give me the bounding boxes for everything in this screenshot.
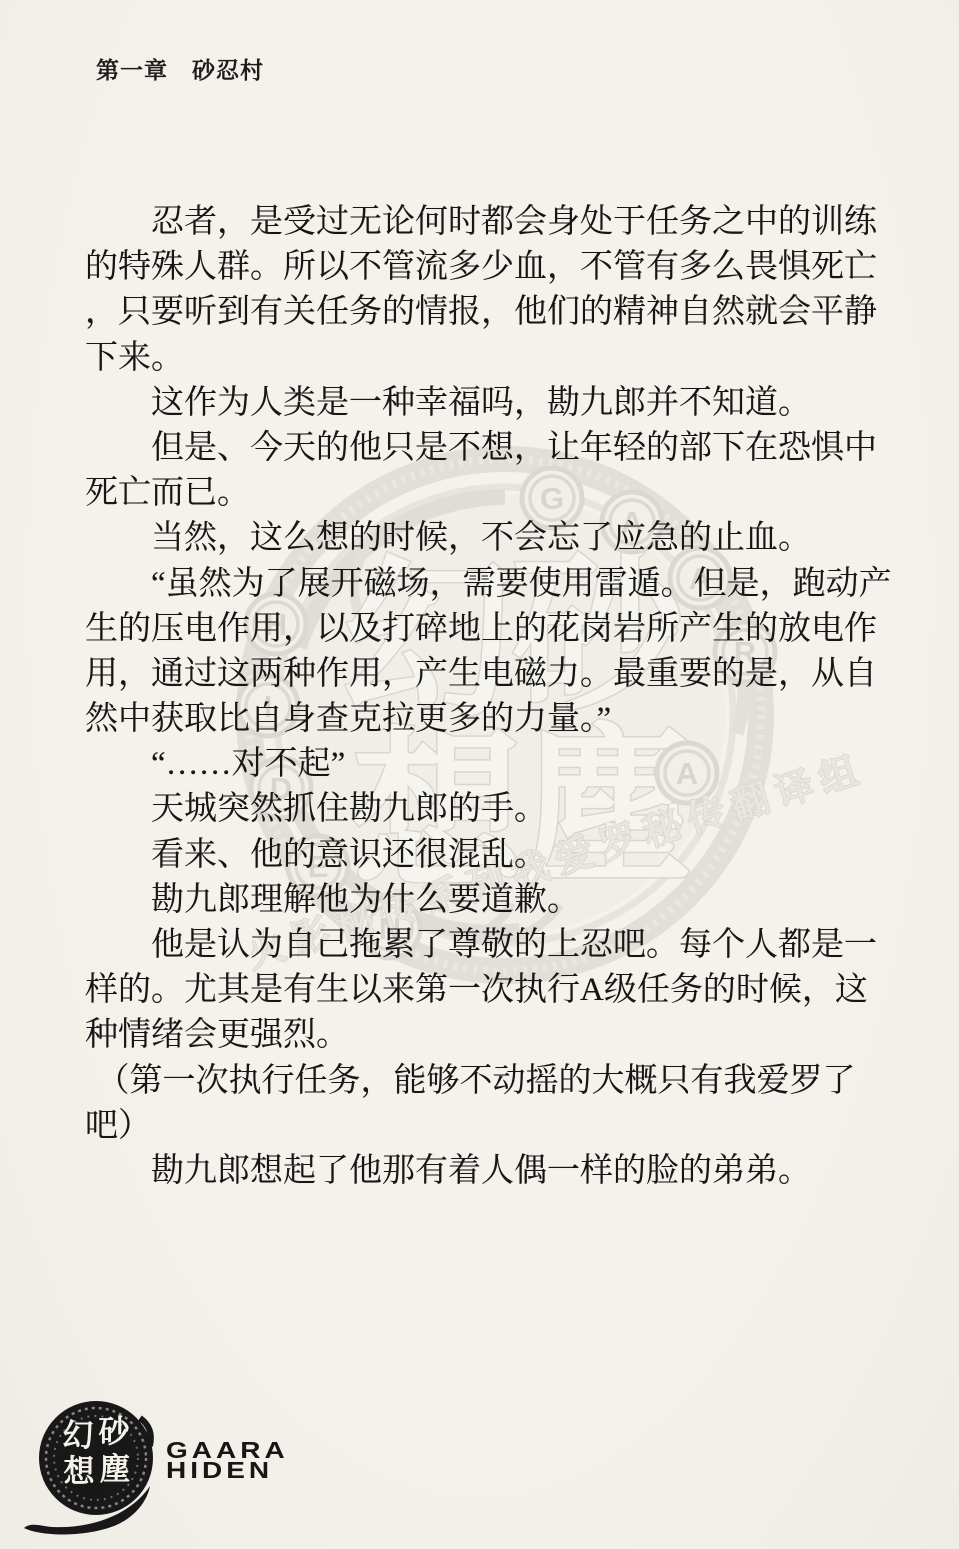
text-line: 这作为人类是一种幸福吗，勘九郎并不知道。: [85, 381, 885, 426]
book-page: 幻砂想塵 GAARAHIDEN 火影秘传系列我爱罗秘传翻译组 第一章 砂忍村 忍…: [0, 0, 959, 1549]
footer-brand: GAARA HIDEN: [166, 1441, 289, 1480]
text-line: 但是、今天的他只是不想，让年轻的部下在恐惧中: [85, 426, 885, 471]
brand-line-2: HIDEN: [166, 1461, 289, 1481]
text-line: “虽然为了展开磁场，需要使用雷遁。但是，跑动产: [85, 562, 885, 607]
text-line: 天城突然抓住勘九郎的手。: [85, 787, 885, 832]
text-line: 勘九郎理解他为什么要道歉。: [85, 878, 885, 923]
text-line: 种情绪会更强烈。: [85, 1013, 885, 1058]
text-line: 生的压电作用，以及打碎地上的花岗岩所产生的放电作: [85, 607, 885, 652]
footer-logo-character: 想: [64, 1454, 96, 1489]
text-line: 当然，这么想的时候，不会忘了应急的止血。: [85, 516, 885, 561]
text-line: 勘九郎想起了他那有着人偶一样的脸的弟弟。: [85, 1149, 885, 1194]
footer-logo-character: 幻: [63, 1418, 94, 1453]
text-line: （第一次执行任务，能够不动摇的大概只有我爱罗了: [85, 1059, 885, 1104]
body-text: 忍者，是受过无论何时都会身处于任务之中的训练的特殊人群。所以不管流多少血，不管有…: [85, 200, 885, 1194]
footer-logo-character: 塵: [100, 1452, 131, 1487]
text-line: 吧）: [85, 1104, 885, 1149]
text-line: “……对不起”: [85, 742, 885, 787]
text-line: 看来、他的意识还很混乱。: [85, 833, 885, 878]
chapter-header: 第一章 砂忍村: [96, 52, 264, 85]
text-line: 然中获取比自身查克拉更多的力量。”: [85, 697, 885, 742]
text-line: 死亡而已。: [85, 471, 885, 516]
text-line: 下来。: [85, 336, 885, 381]
text-line: 样的。尤其是有生以来第一次执行A级任务的时候，这: [85, 968, 885, 1013]
text-line: 他是认为自己拖累了尊敬的上忍吧。每个人都是一: [85, 923, 885, 968]
text-line: 用，通过这两种作用，产生电磁力。最重要的是，从自: [85, 652, 885, 697]
text-line: 忍者，是受过无论何时都会身处于任务之中的训练: [85, 200, 885, 245]
footer-logo-character: 砂: [99, 1414, 131, 1449]
text-line: 的特殊人群。所以不管流多少血，不管有多么畏惧死亡: [85, 245, 885, 290]
text-line: ，只要听到有关任务的情报，他们的精神自然就会平静: [85, 290, 885, 335]
